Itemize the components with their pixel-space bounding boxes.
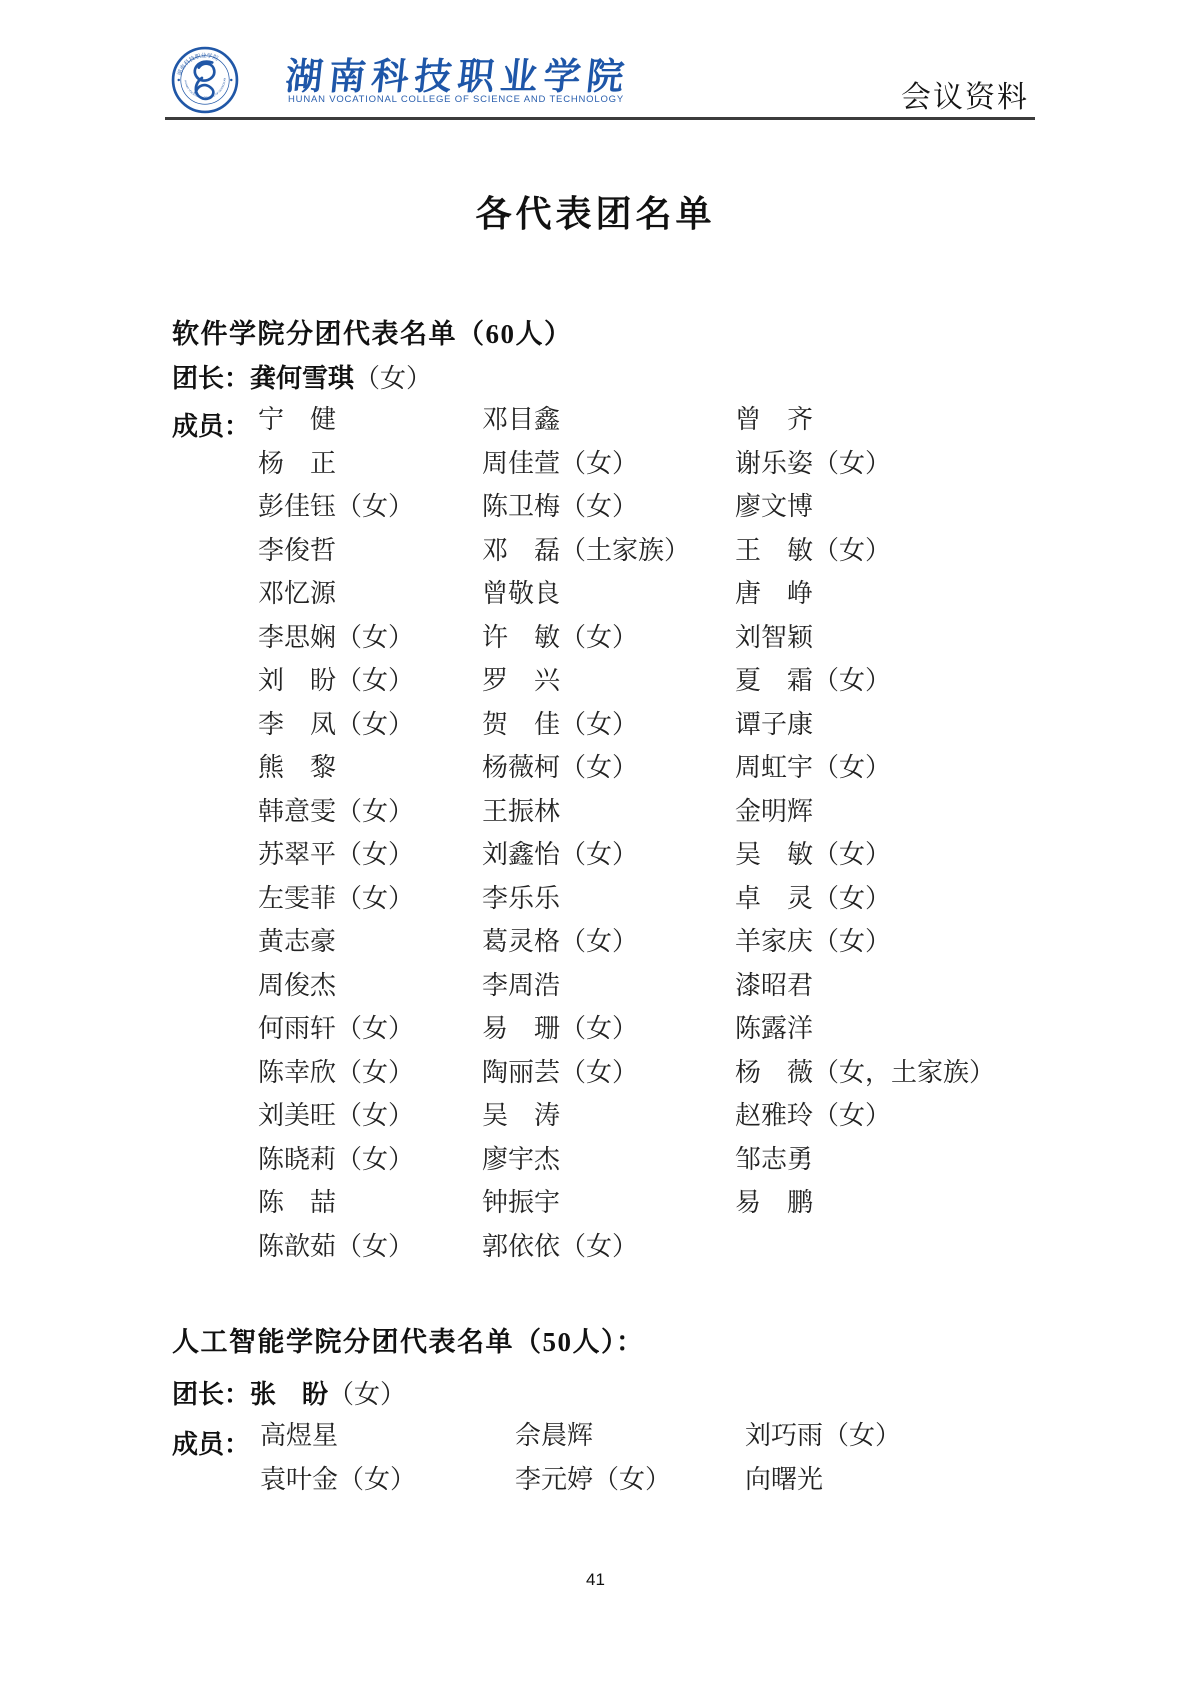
- member-name: 邓忆源: [258, 572, 482, 616]
- member-name: 李元婷（女）: [515, 1458, 745, 1502]
- member-name: 葛灵格（女）: [482, 920, 735, 964]
- member-name: 宁 健: [258, 398, 482, 442]
- member-name: 李俊哲: [258, 529, 482, 573]
- member-name: 周虹宇（女）: [735, 746, 1028, 790]
- member-name: 黄志豪: [258, 920, 482, 964]
- member-name: 卓 灵（女）: [735, 877, 1028, 921]
- member-name: 刘美旺（女）: [258, 1094, 482, 1138]
- leader-label: 团长：: [172, 364, 250, 393]
- leader-name: 张 盼: [250, 1380, 328, 1409]
- page-title: 各代表团名单: [0, 186, 1191, 237]
- member-name: 邓 磊（土家族）: [482, 529, 735, 573]
- member-name: 易 鹏: [735, 1181, 1028, 1225]
- member-name: 刘巧雨（女）: [745, 1414, 1030, 1458]
- member-name: 曾敬良: [482, 572, 735, 616]
- member-name: 刘鑫怡（女）: [482, 833, 735, 877]
- member-name: 曾 齐: [735, 398, 1028, 442]
- member-name: 谢乐姿（女）: [735, 442, 1028, 486]
- college-seal-icon: 湖南科技职业学院 HUNAN VOCATIONAL COLLEGE OF SCI…: [171, 46, 239, 114]
- member-name: 袁叶金（女）: [260, 1458, 515, 1502]
- member-name: 唐 峥: [735, 572, 1028, 616]
- leader-gender-suffix: （女）: [328, 1380, 406, 1409]
- member-name: 何雨轩（女）: [258, 1007, 482, 1051]
- member-name: 夏 霜（女）: [735, 659, 1028, 703]
- header-divider: [165, 117, 1035, 120]
- page-number: 41: [0, 1570, 1191, 1590]
- member-name: 陈 喆: [258, 1181, 482, 1225]
- member-name: 李乐乐: [482, 877, 735, 921]
- member-name: 羊家庆（女）: [735, 920, 1028, 964]
- member-name: 邓目鑫: [482, 398, 735, 442]
- leader-line-ai: 团长：张 盼（女）: [172, 1374, 406, 1411]
- member-name: 郭依依（女）: [482, 1225, 735, 1269]
- member-name: 赵雅玲（女）: [735, 1094, 1028, 1138]
- member-name: 廖宇杰: [482, 1138, 735, 1182]
- members-list-software: 宁 健邓目鑫曾 齐杨 正周佳萱（女）谢乐姿（女）彭佳钰（女）陈卫梅（女）廖文博李…: [258, 398, 1028, 1268]
- leader-name: 龚何雪琪: [250, 364, 354, 393]
- member-name: 陈露洋: [735, 1007, 1028, 1051]
- member-name: 王 敏（女）: [735, 529, 1028, 573]
- member-name: 周佳萱（女）: [482, 442, 735, 486]
- member-name: 漆昭君: [735, 964, 1028, 1008]
- member-name: 周俊杰: [258, 964, 482, 1008]
- leader-label: 团长：: [172, 1380, 250, 1409]
- leader-gender-suffix: （女）: [354, 364, 432, 393]
- college-name-en: HUNAN VOCATIONAL COLLEGE OF SCIENCE AND …: [288, 94, 624, 105]
- member-name: 刘智颖: [735, 616, 1028, 660]
- member-name: 陶丽芸（女）: [482, 1051, 735, 1095]
- member-name: 钟振宇: [482, 1181, 735, 1225]
- header-corner-label: 会议资料: [901, 72, 1029, 116]
- member-name: 韩意雯（女）: [258, 790, 482, 834]
- member-name: 杨 正: [258, 442, 482, 486]
- member-name: 王振林: [482, 790, 735, 834]
- member-name: 刘 盼（女）: [258, 659, 482, 703]
- member-name: 杨 薇（女，土家族）: [735, 1051, 1028, 1095]
- member-name: 熊 黎: [258, 746, 482, 790]
- leader-line-software: 团长：龚何雪琪（女）: [172, 358, 432, 395]
- document-page: 湖南科技职业学院 HUNAN VOCATIONAL COLLEGE OF SCI…: [0, 0, 1191, 1684]
- member-name: 陈幸欣（女）: [258, 1051, 482, 1095]
- member-name: 杨薇柯（女）: [482, 746, 735, 790]
- member-name: 李周浩: [482, 964, 735, 1008]
- section-heading-software: 软件学院分团代表名单（60人）: [172, 312, 573, 351]
- member-name: 高煜星: [260, 1414, 515, 1458]
- member-name: 李思娴（女）: [258, 616, 482, 660]
- member-name: 陈歆茹（女）: [258, 1225, 482, 1269]
- members-label-software: 成员：: [172, 406, 250, 443]
- member-name: 谭子康: [735, 703, 1028, 747]
- member-name: [735, 1225, 1028, 1269]
- members-list-ai: 高煜星佘晨辉刘巧雨（女）袁叶金（女）李元婷（女）向曙光: [260, 1414, 1030, 1502]
- member-name: 苏翠平（女）: [258, 833, 482, 877]
- member-name: 金明辉: [735, 790, 1028, 834]
- member-name: 陈晓莉（女）: [258, 1138, 482, 1182]
- member-name: 陈卫梅（女）: [482, 485, 735, 529]
- member-name: 易 珊（女）: [482, 1007, 735, 1051]
- member-name: 许 敏（女）: [482, 616, 735, 660]
- member-name: 廖文博: [735, 485, 1028, 529]
- member-name: 左雯菲（女）: [258, 877, 482, 921]
- member-name: 向曙光: [745, 1458, 1030, 1502]
- member-name: 贺 佳（女）: [482, 703, 735, 747]
- member-name: 吴 涛: [482, 1094, 735, 1138]
- members-label-ai: 成员：: [172, 1424, 250, 1461]
- section-heading-ai: 人工智能学院分团代表名单（50人）：: [172, 1320, 645, 1359]
- member-name: 彭佳钰（女）: [258, 485, 482, 529]
- member-name: 佘晨辉: [515, 1414, 745, 1458]
- member-name: 李 凤（女）: [258, 703, 482, 747]
- college-name-zh: 湖南科技职业学院: [283, 46, 633, 100]
- member-name: 吴 敏（女）: [735, 833, 1028, 877]
- member-name: 邹志勇: [735, 1138, 1028, 1182]
- member-name: 罗 兴: [482, 659, 735, 703]
